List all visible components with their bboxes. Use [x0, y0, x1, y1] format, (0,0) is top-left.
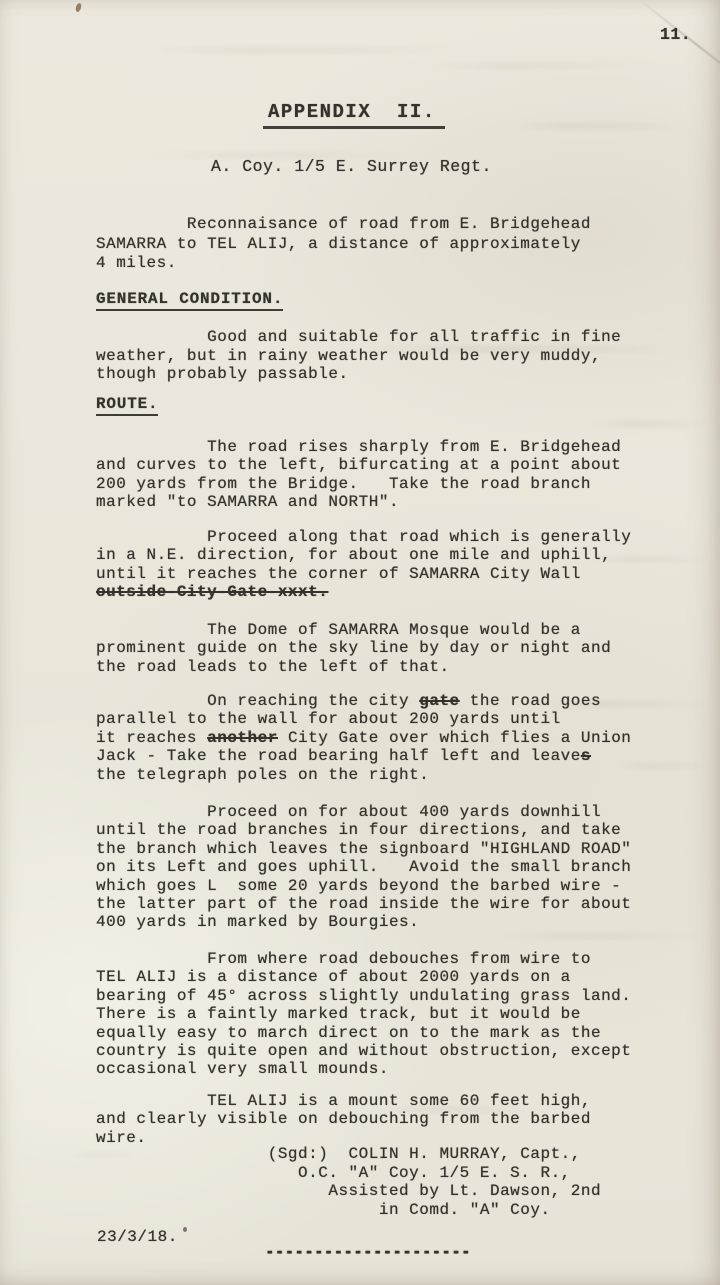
para-route-1: The road rises sharply from E. Bridgehea…	[96, 438, 621, 512]
text-segment: Good and suitable for all traffic in fin…	[96, 328, 621, 346]
text-segment: The Dome of SAMARRA Mosque would be a	[96, 621, 581, 639]
text-segment: TEL ALIJ is a distance of about 2000 yar…	[96, 968, 571, 986]
text-segment: weather, but in rainy weather would be v…	[96, 347, 601, 365]
text-segment: TEL ALIJ is a mount some 60 feet high,	[96, 1092, 591, 1110]
text-segment: 200 yards from the Bridge. Take the road…	[96, 475, 591, 493]
text-segment: prominent guide on the sky line by day o…	[96, 639, 611, 657]
text-line: bearing of 45° across slightly undulatin…	[96, 987, 631, 1005]
text-segment: City Gate over which flies a Union	[278, 729, 632, 747]
text-line: 400 yards in marked by Bourgies.	[96, 913, 631, 931]
text-segment: Proceed along that road which is general…	[96, 528, 631, 546]
para-recon: Reconnaisance of road from E. Bridgehead…	[96, 215, 591, 274]
text-line: equally easy to march direct on to the m…	[96, 1024, 631, 1042]
text-line: On reaching the city gate the road goes	[96, 692, 631, 710]
text-line: Proceed along that road which is general…	[96, 528, 631, 546]
text-line: From where road debouches from wire to	[96, 950, 631, 968]
text-line: though probably passable.	[96, 365, 621, 384]
text-segment: the telegraph poles on the right.	[96, 766, 429, 784]
text-segment: it reaches	[96, 729, 207, 747]
text-line: 4 miles.	[96, 254, 591, 274]
struck-text: gate	[419, 692, 459, 710]
text-line: GENERAL CONDITION.	[96, 290, 283, 308]
text-segment: parallel to the wall for about 200 yards…	[96, 710, 561, 728]
text-segment: country is quite open and without obstru…	[96, 1042, 631, 1060]
text-line: TEL ALIJ is a distance of about 2000 yar…	[96, 968, 631, 986]
text-line: Reconnaisance of road from E. Bridgehead	[96, 215, 591, 235]
text-segment: in Comd. "A" Coy.	[96, 1201, 551, 1219]
text-line: 200 yards from the Bridge. Take the road…	[96, 475, 621, 493]
para-route-3: The Dome of SAMARRA Mosque would be apro…	[96, 621, 611, 676]
struck-text: outside-City-Gate-xxxt.	[96, 583, 328, 601]
text-line: The road rises sharply from E. Bridgehea…	[96, 438, 621, 456]
text-line: the latter part of the road inside the w…	[96, 895, 631, 913]
text-line: the telegraph poles on the right.	[96, 766, 631, 784]
text-segment: in a N.E. direction, for about one mile …	[96, 546, 611, 564]
text-segment: 4 miles.	[96, 254, 177, 272]
para-tel-alij: TEL ALIJ is a mount some 60 feet high,an…	[96, 1092, 591, 1147]
text-segment: Jack - Take the road bearing half left a…	[96, 747, 581, 765]
text-segment: on its Left and goes uphill. Avoid the s…	[96, 858, 631, 876]
para-route-2: Proceed along that road which is general…	[96, 528, 631, 602]
text-segment: until the road branches in four directio…	[96, 821, 621, 839]
heading-route: ROUTE.	[96, 395, 158, 413]
underlined-heading-text: ROUTE.	[96, 395, 158, 416]
text-line: SAMARRA to TEL ALIJ, a distance of appro…	[96, 235, 591, 255]
text-segment: Assisted by Lt. Dawson, 2nd	[96, 1182, 601, 1200]
text-line: Good and suitable for all traffic in fin…	[96, 328, 621, 347]
document-body: Reconnaisance of road from E. Bridgehead…	[0, 0, 720, 1285]
text-line: There is a faintly marked track, but it …	[96, 1005, 631, 1023]
text-segment: the road leads to the left of that.	[96, 658, 450, 676]
text-segment: Reconnaisance of road from E. Bridgehead	[96, 215, 591, 233]
para-route-5: Proceed on for about 400 yards downhillu…	[96, 803, 631, 932]
text-line: in Comd. "A" Coy.	[96, 1201, 601, 1220]
text-line: in a N.E. direction, for about one mile …	[96, 546, 631, 564]
text-segment: occasional very small mounds.	[96, 1060, 389, 1078]
text-segment: until it reaches the corner of SAMARRA C…	[96, 565, 581, 583]
text-line: which goes L some 20 yards beyond the ba…	[96, 877, 631, 895]
heading-general-condition: GENERAL CONDITION.	[96, 290, 283, 308]
text-segment: There is a faintly marked track, but it …	[96, 1005, 581, 1023]
text-segment: marked "to SAMARRA and NORTH".	[96, 493, 399, 511]
underlined-heading-text: GENERAL CONDITION.	[96, 290, 283, 311]
text-line: Jack - Take the road bearing half left a…	[96, 747, 631, 765]
text-segment: Proceed on for about 400 yards downhill	[96, 803, 601, 821]
struck-text: s	[581, 747, 591, 765]
text-line: country is quite open and without obstru…	[96, 1042, 631, 1060]
text-line: Proceed on for about 400 yards downhill	[96, 803, 631, 821]
signature-block: (Sgd:) COLIN H. MURRAY, Capt., O.C. "A" …	[96, 1145, 601, 1219]
text-segment: though probably passable.	[96, 365, 349, 383]
text-line: and curves to the left, bifurcating at a…	[96, 456, 621, 474]
text-line: the branch which leaves the signboard "H…	[96, 840, 631, 858]
text-line: marked "to SAMARRA and NORTH".	[96, 493, 621, 511]
text-segment: (Sgd:) COLIN H. MURRAY, Capt.,	[96, 1145, 581, 1163]
para-route-4: On reaching the city gate the road goesp…	[96, 692, 631, 784]
text-line: and clearly visible on debouching from t…	[96, 1110, 591, 1128]
text-line: prominent guide on the sky line by day o…	[96, 639, 611, 657]
text-line: Assisted by Lt. Dawson, 2nd	[96, 1182, 601, 1201]
text-segment: the road goes	[460, 692, 601, 710]
text-segment: O.C. "A" Coy. 1/5 E. S. R.,	[96, 1164, 571, 1182]
text-line: TEL ALIJ is a mount some 60 feet high,	[96, 1092, 591, 1110]
text-segment: the branch which leaves the signboard "H…	[96, 840, 631, 858]
scan-background: { "page": { "number": "11.", "title": "A…	[0, 0, 720, 1285]
text-segment: The road rises sharply from E. Bridgehea…	[96, 438, 621, 456]
text-line: O.C. "A" Coy. 1/5 E. S. R.,	[96, 1164, 601, 1183]
text-segment: and curves to the left, bifurcating at a…	[96, 456, 621, 474]
text-segment: SAMARRA to TEL ALIJ, a distance of appro…	[96, 235, 581, 253]
end-rule: ---------------------	[265, 1240, 471, 1265]
text-segment: equally easy to march direct on to the m…	[96, 1024, 601, 1042]
text-line: the road leads to the left of that.	[96, 658, 611, 676]
text-segment: and clearly visible on debouching from t…	[96, 1110, 591, 1128]
text-segment: bearing of 45° across slightly undulatin…	[96, 987, 631, 1005]
text-line: outside-City-Gate-xxxt.	[96, 583, 631, 601]
text-line: on its Left and goes uphill. Avoid the s…	[96, 858, 631, 876]
text-line: parallel to the wall for about 200 yards…	[96, 710, 631, 728]
text-line: until the road branches in four directio…	[96, 821, 631, 839]
para-condition: Good and suitable for all traffic in fin…	[96, 328, 621, 384]
text-line: The Dome of SAMARRA Mosque would be a	[96, 621, 611, 639]
para-route-6: From where road debouches from wire toTE…	[96, 950, 631, 1079]
text-line: (Sgd:) COLIN H. MURRAY, Capt.,	[96, 1145, 601, 1164]
text-line: until it reaches the corner of SAMARRA C…	[96, 565, 631, 583]
text-segment: From where road debouches from wire to	[96, 950, 591, 968]
text-segment: On reaching the city	[96, 692, 419, 710]
text-segment: which goes L some 20 yards beyond the ba…	[96, 877, 621, 895]
report-date: 23/3/18.	[97, 1228, 178, 1246]
text-line: ROUTE.	[96, 395, 158, 413]
text-line: it reaches another City Gate over which …	[96, 729, 631, 747]
text-line: occasional very small mounds.	[96, 1060, 631, 1078]
text-segment: 400 yards in marked by Bourgies.	[96, 913, 419, 931]
struck-text: another	[207, 729, 278, 747]
document-page: 11. APPENDIX II. A. Coy. 1/5 E. Surrey R…	[0, 0, 720, 1285]
text-segment: the latter part of the road inside the w…	[96, 895, 631, 913]
text-line: weather, but in rainy weather would be v…	[96, 347, 621, 366]
